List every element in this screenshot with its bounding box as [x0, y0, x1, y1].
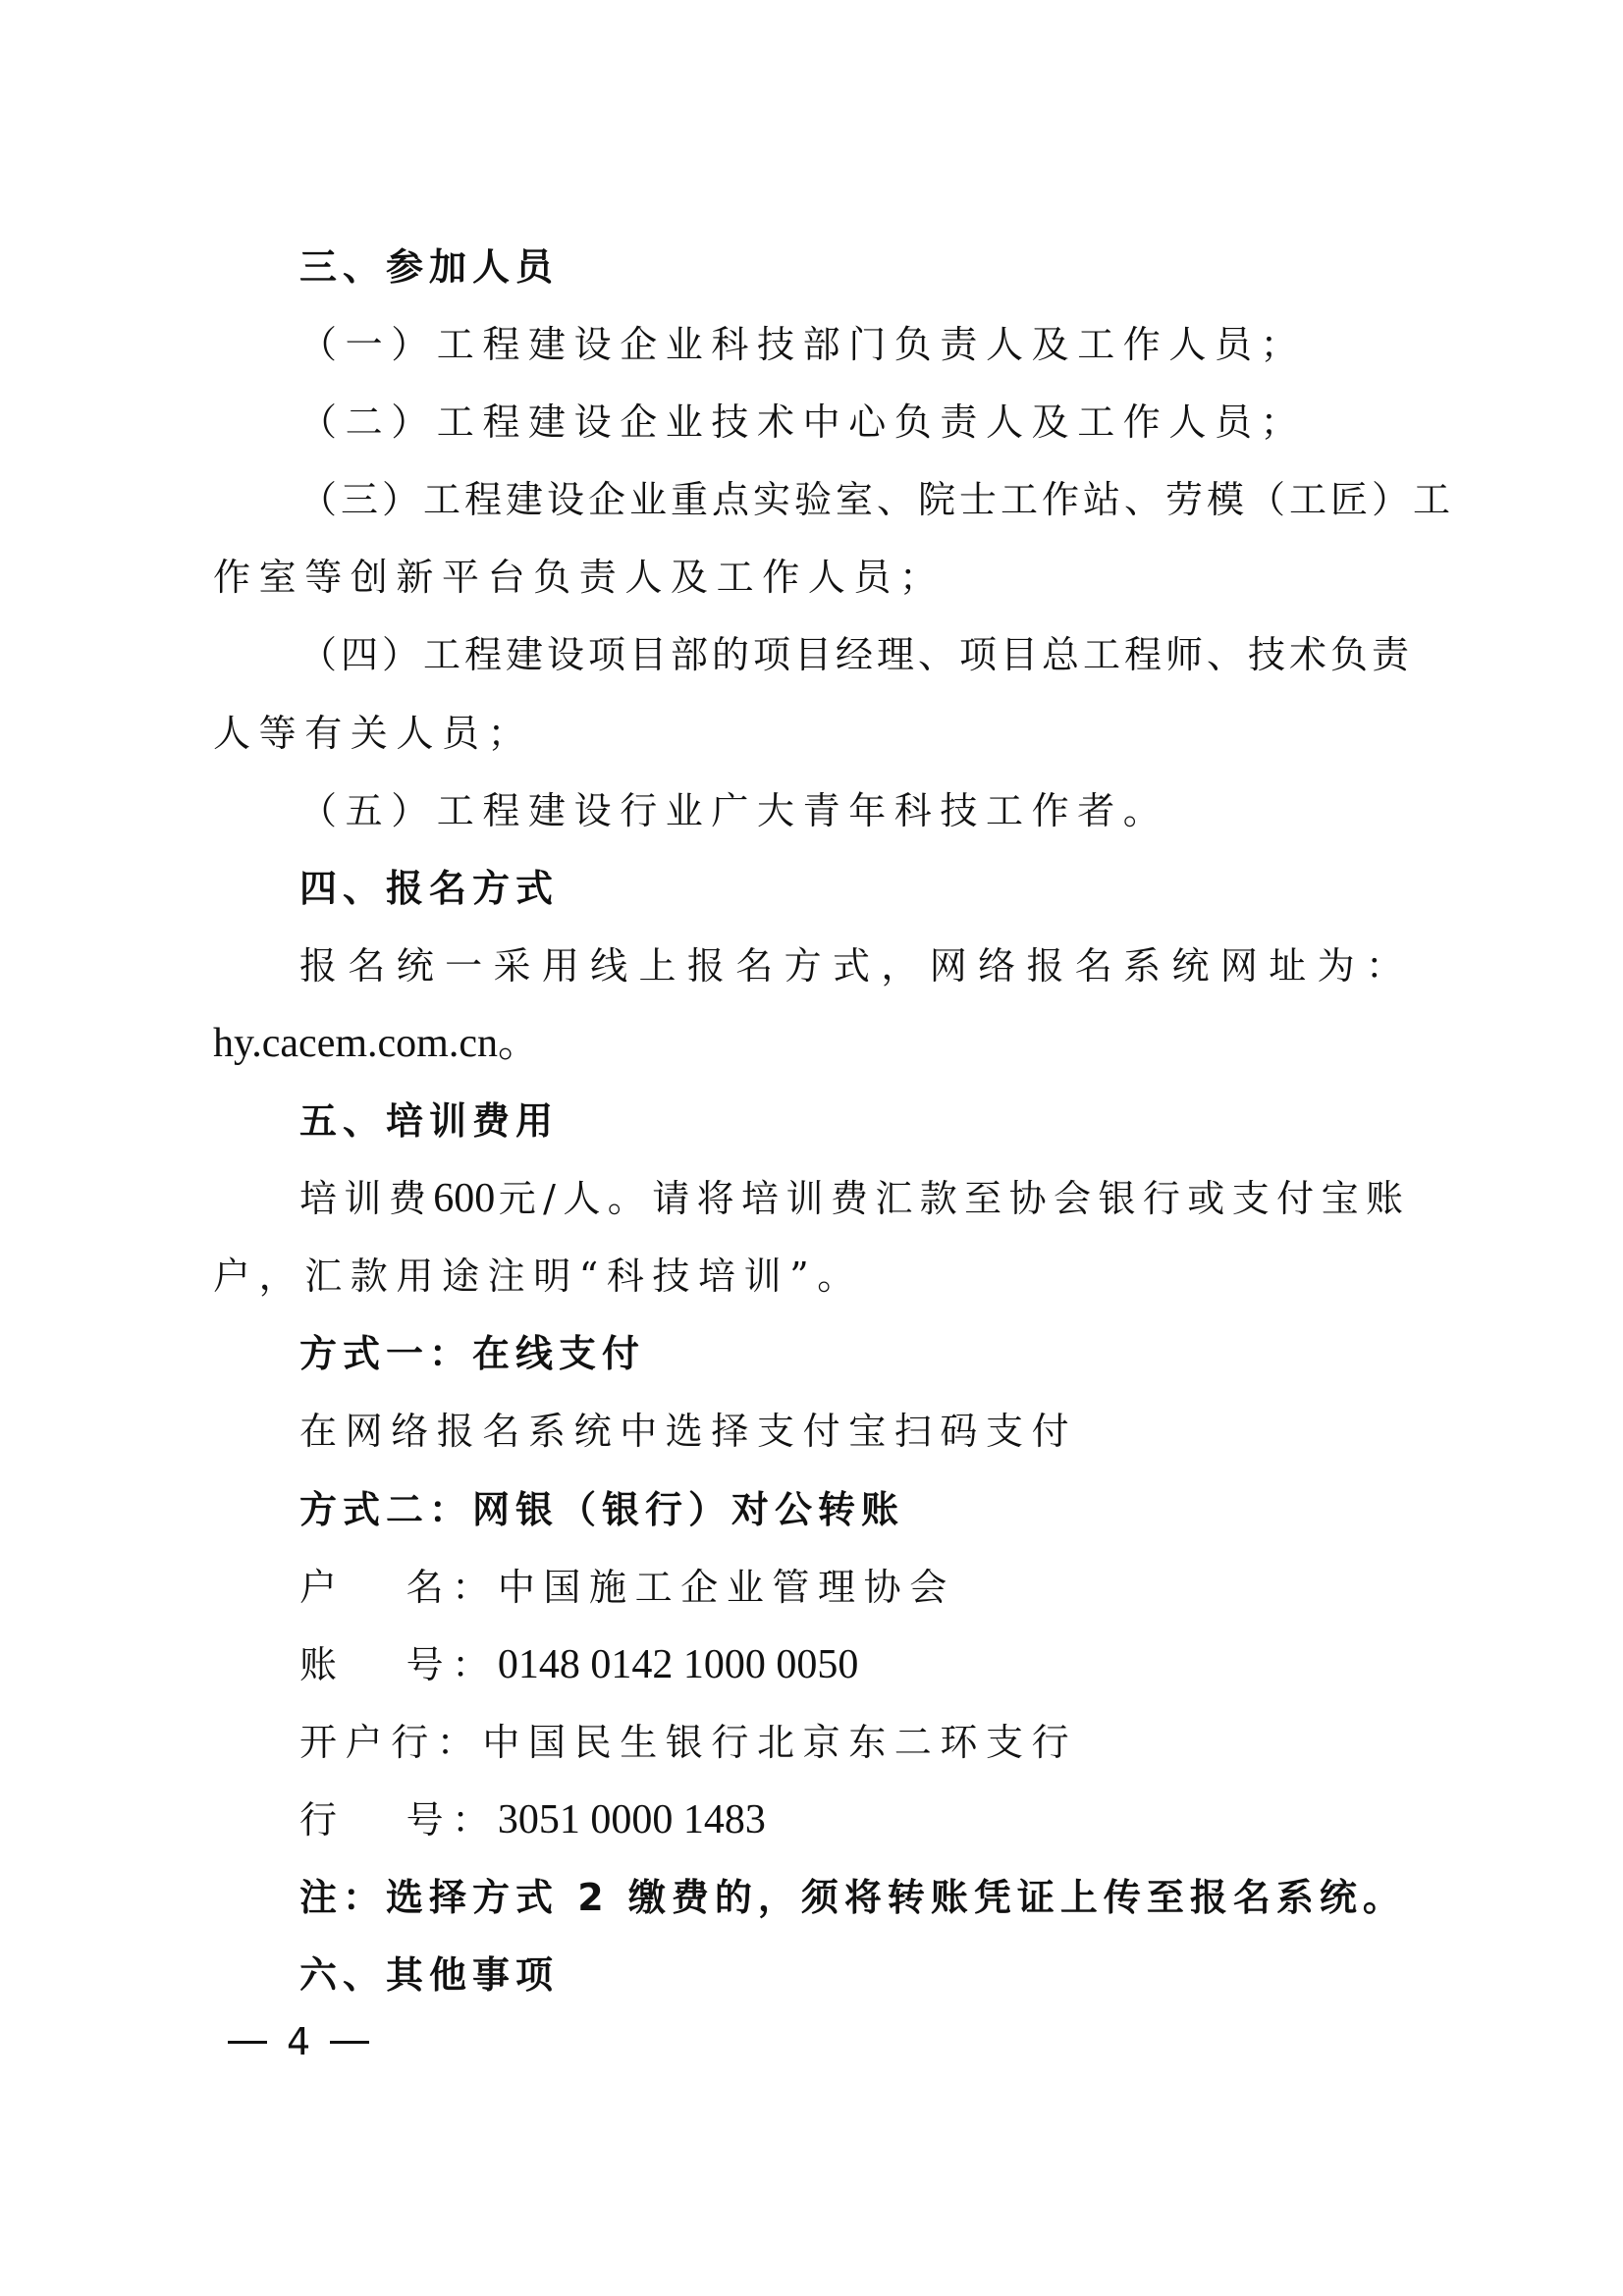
payment-note: 注：选择方式 2 缴费的，须将转账凭证上传至报名系统。 — [213, 1866, 1407, 1944]
fee-text-pre: 培训费 — [299, 1177, 433, 1220]
account-no-label-a: 账 — [299, 1643, 346, 1686]
registration-url[interactable]: hy.cacem.com.cn。 — [213, 1012, 1407, 1090]
participant-item-4-line1: （四）工程建设项目部的项目经理、项目总工程师、技术负责 — [213, 623, 1407, 701]
section-heading-other: 六、其他事项 — [213, 1944, 1407, 2021]
section-heading-participants: 三、参加人员 — [213, 236, 1407, 313]
fee-text-line1: 培训费600元/人。请将培训费汇款至协会银行或支付宝账 — [213, 1167, 1407, 1245]
bank-code-row: 行号：3051 0000 1483 — [213, 1789, 1407, 1866]
document-page: 三、参加人员 （一）工程建设企业科技部门负责人及工作人员； （二）工程建设企业技… — [0, 0, 1623, 2296]
participant-item-3-line2: 作室等创新平台负责人及工作人员； — [213, 546, 1407, 623]
bank-code-value: 3051 0000 1483 — [498, 1797, 766, 1842]
participant-item-3-line1: （三）工程建设企业重点实验室、院士工作站、劳模（工匠）工 — [213, 468, 1407, 546]
account-name-label-b: 名： — [406, 1566, 498, 1609]
account-name-value: 中国施工企业管理协会 — [498, 1566, 955, 1609]
bank-account-number-row: 账号：0148 0142 1000 0050 — [213, 1633, 1407, 1711]
bank-name-value: 中国民生银行北京东二环支行 — [482, 1721, 1077, 1764]
participant-item-4-line2: 人等有关人员； — [213, 702, 1407, 779]
account-no-value: 0148 0142 1000 0050 — [498, 1642, 859, 1687]
page-number: 4 — [228, 2020, 369, 2063]
fee-text-line2: 户，汇款用途注明“科技培训”。 — [213, 1245, 1407, 1322]
page-number-value: 4 — [287, 2020, 310, 2063]
registration-text-line1: 报名统一采用线上报名方式，网络报名系统网址为： — [213, 934, 1407, 1012]
fee-text-post: 元/人。请将培训费汇款至协会银行或支付宝账 — [495, 1177, 1407, 1220]
payment-method-2-title: 方式二：网银（银行）对公转账 — [213, 1478, 1407, 1556]
page-number-dash-right — [330, 2041, 369, 2044]
payment-method-1-title: 方式一：在线支付 — [213, 1322, 1407, 1400]
participant-item-2: （二）工程建设企业技术中心负责人及工作人员； — [213, 391, 1407, 468]
document-body: 三、参加人员 （一）工程建设企业科技部门负责人及工作人员； （二）工程建设企业技… — [213, 236, 1407, 2021]
participant-item-5: （五）工程建设行业广大青年科技工作者。 — [213, 779, 1407, 857]
bank-name-row: 开户行：中国民生银行北京东二环支行 — [213, 1711, 1407, 1789]
fee-amount: 600 — [433, 1176, 495, 1221]
bank-code-label-b: 号： — [406, 1798, 498, 1842]
payment-method-1-text: 在网络报名系统中选择支付宝扫码支付 — [213, 1400, 1407, 1477]
account-name-label-a: 户 — [299, 1566, 346, 1609]
bank-account-name-row: 户名：中国施工企业管理协会 — [213, 1556, 1407, 1633]
section-heading-fees: 五、培训费用 — [213, 1090, 1407, 1167]
bank-code-label-a: 行 — [299, 1798, 346, 1842]
bank-name-label: 开户行： — [299, 1721, 482, 1764]
section-heading-registration: 四、报名方式 — [213, 857, 1407, 934]
account-no-label-b: 号： — [406, 1643, 498, 1686]
participant-item-1: （一）工程建设企业科技部门负责人及工作人员； — [213, 313, 1407, 391]
page-number-dash-left — [228, 2041, 267, 2044]
